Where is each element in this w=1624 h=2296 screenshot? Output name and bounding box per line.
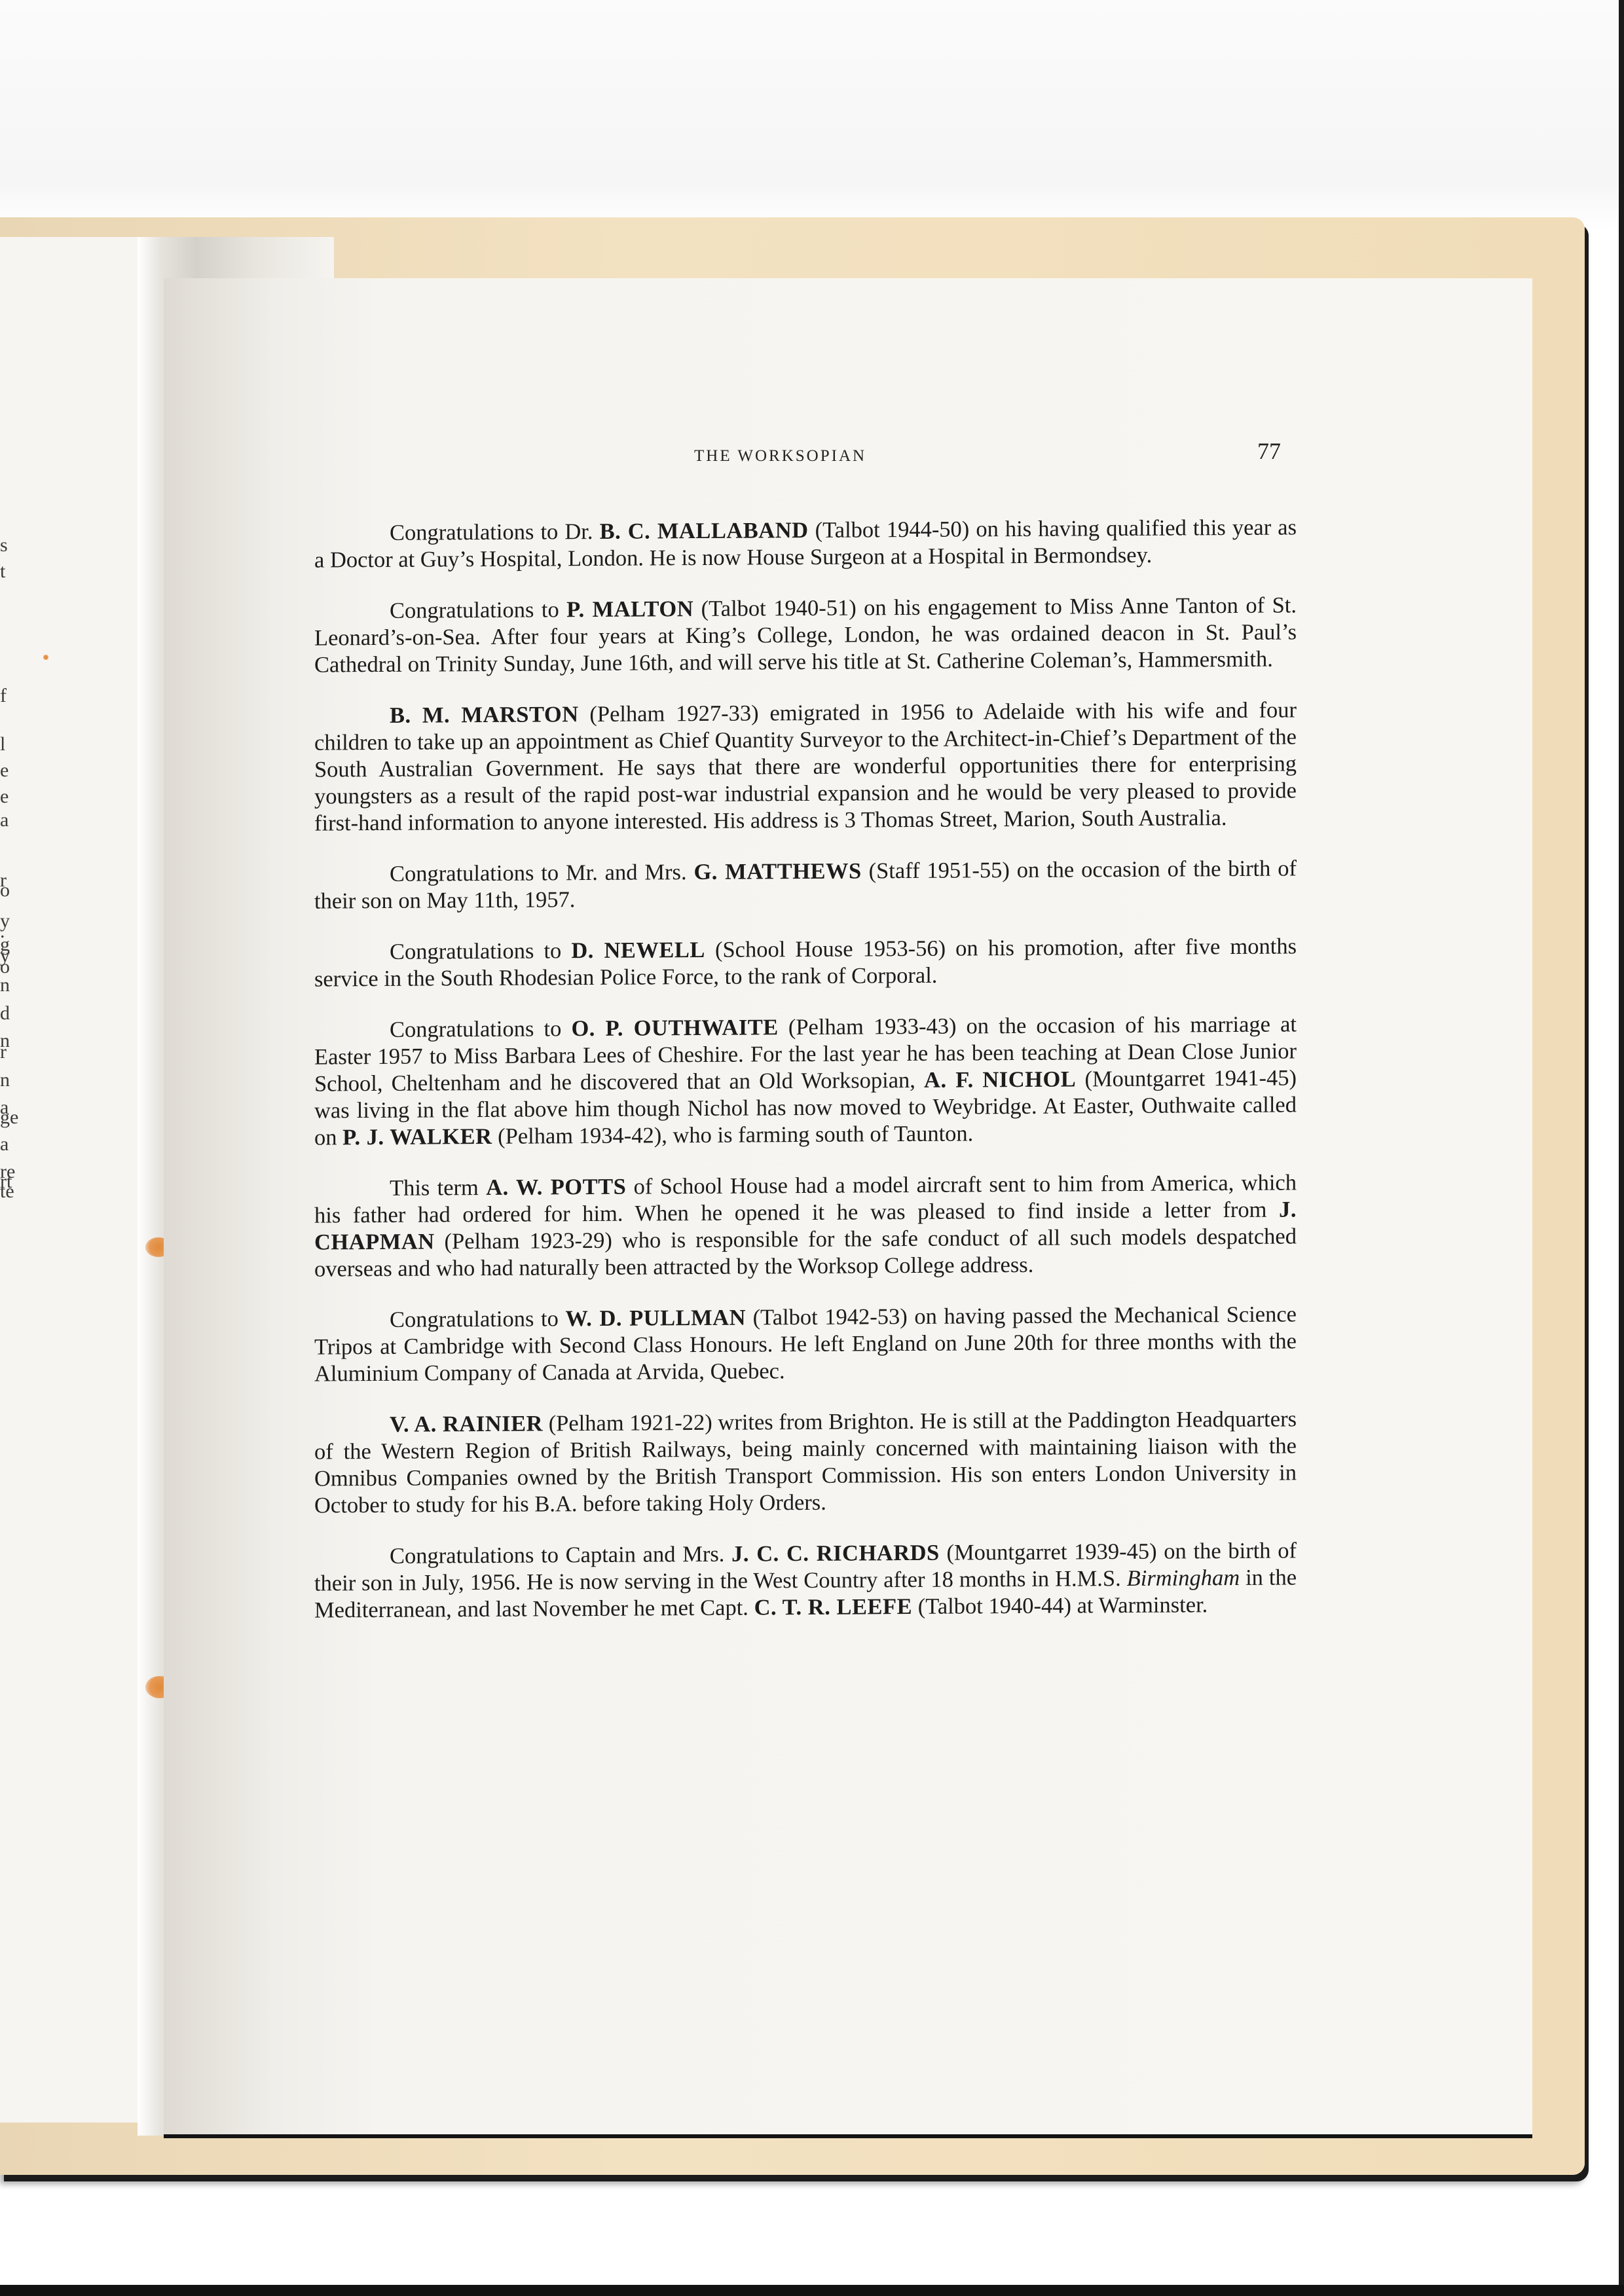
entry-malton: Congratulations to P. MALTON (Talbot 194…	[314, 592, 1297, 678]
left-page-fragment: n	[0, 975, 10, 995]
person-name: D. NEWELL	[571, 938, 705, 963]
person-name: P. MALTON	[566, 596, 693, 622]
page-number: 77	[1257, 437, 1281, 465]
entry-text: Congratulations to Captain and Mrs.	[390, 1542, 731, 1569]
entry-text: Congratulations to Mr. and Mrs.	[390, 860, 693, 886]
entry-newell: Congratulations to D. NEWELL (School Hou…	[314, 933, 1297, 993]
entry-outhwaite: Congratulations to O. P. OUTHWAITE (Pelh…	[314, 1011, 1297, 1151]
scanner-edge-right	[1619, 0, 1624, 2296]
scanner-edge-bottom	[0, 2285, 1624, 2296]
person-name: J. C. C. RICHARDS	[731, 1540, 940, 1567]
left-page-text-fragments: stfleearoy.gyondnrnagearertte	[0, 237, 26, 2123]
article-body: Congratulations to Dr. B. C. MALLABAND (…	[314, 517, 1297, 1645]
left-page-fragment: o	[0, 881, 10, 900]
person-name: A. W. POTTS	[486, 1175, 626, 1200]
entry-text: Congratulations to	[390, 1016, 571, 1042]
entry-rainier: V. A. RAINIER (Pelham 1921-22) writes fr…	[314, 1406, 1297, 1519]
person-name: G. MATTHEWS	[693, 858, 861, 884]
left-page-fragment: n	[0, 1070, 10, 1090]
left-page-fragment: a	[0, 1135, 9, 1154]
entry-text: (Pelham 1923-29) who is responsible for …	[314, 1224, 1297, 1281]
person-name: B. M. MARSTON	[390, 702, 579, 728]
entry-pullman: Congratulations to W. D. PULLMAN (Talbot…	[314, 1301, 1297, 1387]
left-page-fragment: r	[0, 1042, 7, 1062]
left-page-fragment: ge	[0, 1108, 18, 1127]
entry-text: (Talbot 1940-44) at Warminster.	[912, 1592, 1208, 1619]
left-page-fragment: e	[0, 787, 9, 807]
person-name: B. C. MALLABAND	[600, 518, 809, 544]
person-name: W. D. PULLMAN	[565, 1305, 746, 1332]
entry-text: This term	[390, 1175, 486, 1201]
entry-text: Congratulations to	[390, 597, 566, 623]
left-page-fragment: d	[0, 1004, 10, 1023]
left-page-fragment: te	[0, 1182, 14, 1201]
stain-mark	[43, 655, 48, 660]
person-name: A. F. NICHOL	[924, 1066, 1076, 1092]
entry-richards: Congratulations to Captain and Mrs. J. C…	[314, 1537, 1297, 1624]
left-page-fragment: t	[0, 562, 5, 581]
entry-text: Congratulations to	[390, 1306, 565, 1332]
running-head: THE WORKSOPIAN	[694, 447, 866, 465]
left-page-fragment: a	[0, 811, 9, 830]
left-page-fragment: l	[0, 735, 5, 754]
left-page-fragment: e	[0, 761, 9, 780]
entry-text: Congratulations to	[390, 938, 571, 964]
person-name: P. J. WALKER	[342, 1124, 492, 1150]
entry-marston: B. M. MARSTON (Pelham 1927-33) emigrated…	[314, 697, 1297, 837]
left-page-fragment: s	[0, 536, 8, 555]
entry-text: (Pelham 1934-42), who is farming south o…	[492, 1121, 974, 1148]
entries-list: Congratulations to Dr. B. C. MALLABAND (…	[314, 517, 1297, 1621]
person-name: V. A. RAINIER	[390, 1411, 543, 1436]
ship-name: Birmingham	[1127, 1565, 1240, 1591]
person-name: C. T. R. LEEFE	[754, 1594, 913, 1620]
entry-potts: This term A. W. POTTS of School House ha…	[314, 1169, 1297, 1283]
person-name: O. P. OUTHWAITE	[571, 1015, 778, 1041]
entry-matthews: Congratulations to Mr. and Mrs. G. MATTH…	[314, 855, 1297, 915]
entry-text: Congratulations to Dr.	[390, 519, 600, 545]
entry-mallaband: Congratulations to Dr. B. C. MALLABAND (…	[314, 514, 1297, 574]
left-page-fragment: f	[0, 686, 7, 706]
